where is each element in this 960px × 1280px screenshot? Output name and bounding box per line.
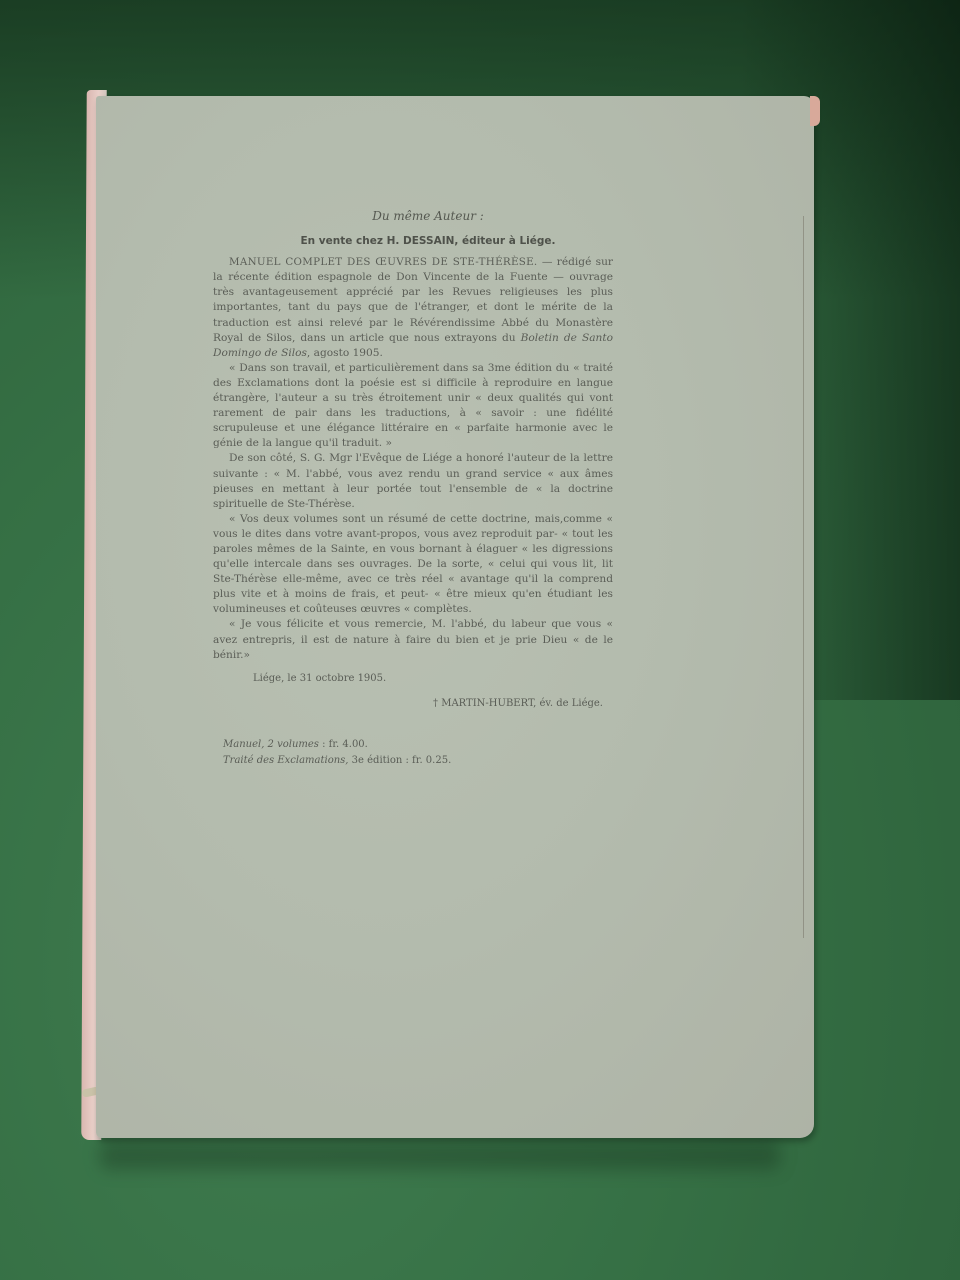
book-title: MANUEL COMPLET DES ŒUVRES DE STE-THÉRÈSE… xyxy=(229,256,538,268)
bishop-letter-intro: De son côté, S. G. Mgr l'Evêque de Liége… xyxy=(213,451,613,511)
intro-text-2: , agosto 1905. xyxy=(307,347,383,359)
intro-paragraph: MANUEL COMPLET DES ŒUVRES DE STE-THÉRÈSE… xyxy=(213,255,613,361)
price-item-value: : fr. 4.00. xyxy=(319,739,368,750)
bishop-letter-closing: « Je vous félicite et vous remercie, M. … xyxy=(213,617,613,662)
price-item-name: Traité des Exclamations, xyxy=(223,755,349,766)
price-list: Manuel, 2 volumes : fr. 4.00. Traité des… xyxy=(213,737,613,769)
book-shadow xyxy=(100,1140,780,1170)
letter-signature: † MARTIN-HUBERT, év. de Liége. xyxy=(213,696,613,711)
price-item-name: Manuel, 2 volumes xyxy=(223,739,319,750)
price-item: Manuel, 2 volumes : fr. 4.00. xyxy=(223,737,613,753)
intro-text-1: — rédigé sur la récente édition espagnol… xyxy=(213,256,613,343)
back-cover-text: Du même Auteur : En vente chez H. DESSAI… xyxy=(213,209,613,769)
cover-torn-corner xyxy=(810,96,820,126)
review-quote: « Dans son travail, et particulièrement … xyxy=(213,361,613,452)
publisher-line: En vente chez H. DESSAIN, éditeur à Liég… xyxy=(213,234,613,249)
price-item: Traité des Exclamations, 3e édition : fr… xyxy=(223,753,613,769)
heading-same-author: Du même Auteur : xyxy=(213,209,613,224)
letter-date: Liége, le 31 octobre 1905. xyxy=(213,671,613,686)
price-item-value: 3e édition : fr. 0.25. xyxy=(349,755,452,766)
bishop-letter-body: « Vos deux volumes sont un résumé de cet… xyxy=(213,512,613,618)
